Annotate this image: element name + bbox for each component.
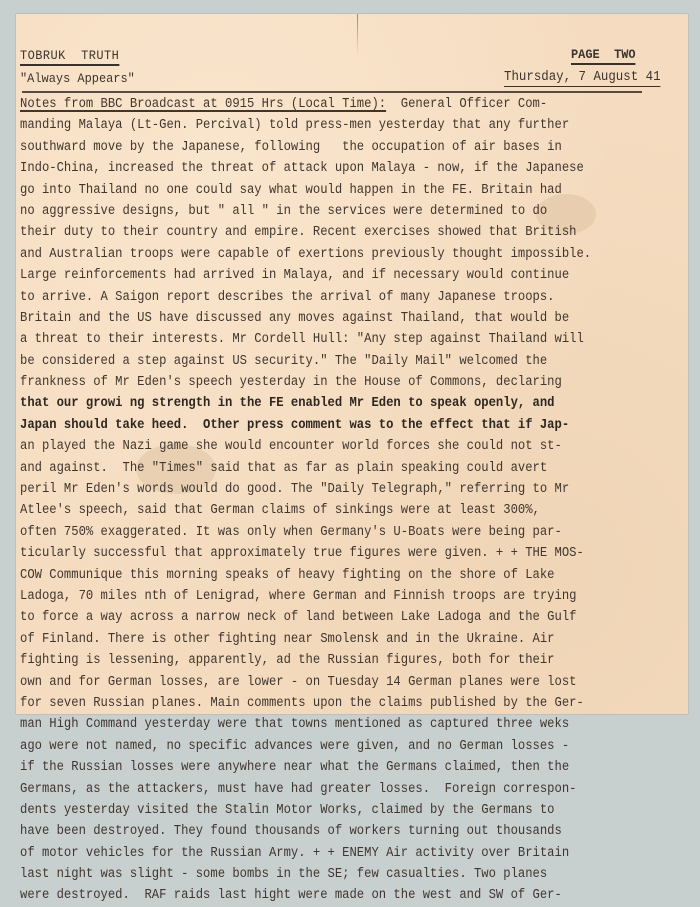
article-line-bold: that our growi ng strength in the FE ena… xyxy=(20,393,591,414)
article-line: a threat to their interests. Mr Cordell … xyxy=(20,329,591,350)
page-number-label: PAGE TWO xyxy=(571,47,636,65)
typewritten-newsletter-page: TOBRUK TRUTH "Always Appears" PAGE TWO T… xyxy=(16,14,688,700)
article-line: and Australian troops were capable of ex… xyxy=(20,244,591,265)
masthead-divider xyxy=(22,91,642,93)
article-first-line: Notes from BBC Broadcast at 0915 Hrs (Lo… xyxy=(20,94,591,115)
article-line: Large reinforcements had arrived in Mala… xyxy=(20,265,591,286)
article-line: for seven Russian planes. Main comments … xyxy=(20,693,591,700)
article-line: frankness of Mr Eden's speech yesterday … xyxy=(20,372,591,393)
article-line: own and for German losses, are lower - o… xyxy=(20,672,591,693)
article-line: ticularly successful that approximately … xyxy=(20,543,591,564)
article-line: to force a way across a narrow neck of l… xyxy=(20,607,591,628)
article-line: manding Malaya (Lt-Gen. Percival) told p… xyxy=(20,115,591,136)
article-line: go into Thailand no one could say what w… xyxy=(20,180,591,201)
paper-fold-line xyxy=(357,14,358,56)
article-line: no aggressive designs, but " all " in th… xyxy=(20,201,591,222)
article-text: General Officer Com- xyxy=(386,96,547,112)
article-line: an played the Nazi game she would encoun… xyxy=(20,436,591,457)
article-line: COW Communique this morning speaks of he… xyxy=(20,565,591,586)
article-line: Atlee's speech, said that German claims … xyxy=(20,500,591,521)
newsletter-slogan: "Always Appears" xyxy=(20,71,135,86)
article-line: Ladoga, 70 miles nth of Lenigrad, where … xyxy=(20,586,591,607)
article-line: their duty to their country and empire. … xyxy=(20,222,591,243)
article-body: Notes from BBC Broadcast at 0915 Hrs (Lo… xyxy=(20,94,684,700)
article-line: and against. The "Times" said that as fa… xyxy=(20,458,591,479)
newsletter-title: TOBRUK TRUTH xyxy=(20,48,119,66)
article-line: to arrive. A Saigon report describes the… xyxy=(20,287,591,308)
article-line-bold: Japan should take heed. Other press comm… xyxy=(20,415,591,436)
article-line: Indo-China, increased the threat of atta… xyxy=(20,158,591,179)
article-line: be considered a step against US security… xyxy=(20,351,591,372)
article-line: often 750% exaggerated. It was only when… xyxy=(20,522,591,543)
article-line: peril Mr Eden's words would do good. The… xyxy=(20,479,591,500)
article-line: of Finland. There is other fighting near… xyxy=(20,629,591,650)
article-line: fighting is lessening, apparently, ad th… xyxy=(20,650,591,671)
article-line: southward move by the Japanese, followin… xyxy=(20,137,591,158)
article-line: Britain and the US have discussed any mo… xyxy=(20,308,591,329)
article-heading: Notes from BBC Broadcast at 0915 Hrs (Lo… xyxy=(20,96,386,112)
issue-date: Thursday, 7 August 41 xyxy=(504,70,661,87)
